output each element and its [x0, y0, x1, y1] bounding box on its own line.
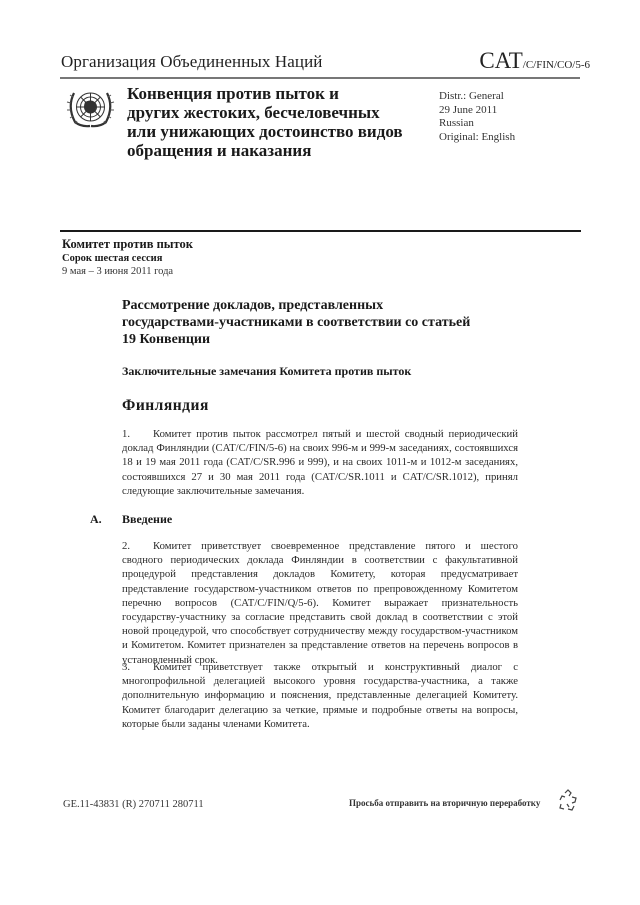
convention-title: Конвенция против пыток и других жестоких… — [127, 84, 427, 160]
recycle-icon — [556, 788, 580, 812]
main-heading: Рассмотрение докладов, представленных го… — [122, 297, 482, 348]
distr-type: Distr.: General — [439, 90, 515, 104]
un-emblem-icon — [63, 85, 118, 129]
country-heading: Финляндия — [122, 397, 209, 415]
paragraph: 3.Комитет приветствует также открытый и … — [122, 660, 518, 731]
document-symbol: CAT/C/FIN/CO/5-6 — [479, 48, 590, 74]
section-heading: A.Введение — [90, 512, 172, 527]
paragraph-text: Комитет приветствует также открытый и ко… — [122, 661, 518, 730]
distr-original: Original: English — [439, 131, 515, 145]
paragraph-number: 2. — [122, 539, 153, 553]
title-line: других жестоких, бесчеловечных — [127, 103, 427, 122]
footer-document-id: GE.11-43831 (R) 270711 280711 — [63, 799, 204, 810]
section-letter: A. — [90, 512, 122, 527]
symbol-main: CAT — [479, 48, 522, 73]
title-line: Конвенция против пыток и — [127, 84, 427, 103]
title-line: обращения и наказания — [127, 141, 427, 160]
organization-name: Организация Объединенных Наций — [61, 52, 323, 72]
distr-date: 29 June 2011 — [439, 104, 515, 118]
header-rule — [60, 77, 580, 79]
title-line: или унижающих достоинство видов — [127, 122, 427, 141]
paragraph-number: 3. — [122, 660, 153, 674]
committee-name: Комитет против пыток — [62, 237, 193, 252]
sub-heading: Заключительные замечания Комитета против… — [122, 364, 411, 379]
distribution-block: Distr.: General 29 June 2011 Russian Ori… — [439, 90, 515, 144]
symbol-suffix: /C/FIN/CO/5-6 — [523, 59, 590, 71]
session-name: Сорок шестая сессия — [62, 253, 162, 264]
paragraph-text: Комитет против пыток рассмотрел пятый и … — [122, 428, 518, 497]
section-title: Введение — [122, 512, 172, 526]
paragraph-text: Комитет приветствует своевременное предс… — [122, 540, 518, 666]
recycle-notice: Просьба отправить на вторичную переработ… — [349, 798, 540, 808]
paragraph: 2.Комитет приветствует своевременное пре… — [122, 539, 518, 667]
paragraph-number: 1. — [122, 427, 153, 441]
title-rule — [60, 230, 581, 232]
paragraph: 1.Комитет против пыток рассмотрел пятый … — [122, 427, 518, 498]
distr-language: Russian — [439, 117, 515, 131]
session-dates: 9 мая – 3 июня 2011 года — [62, 266, 173, 277]
